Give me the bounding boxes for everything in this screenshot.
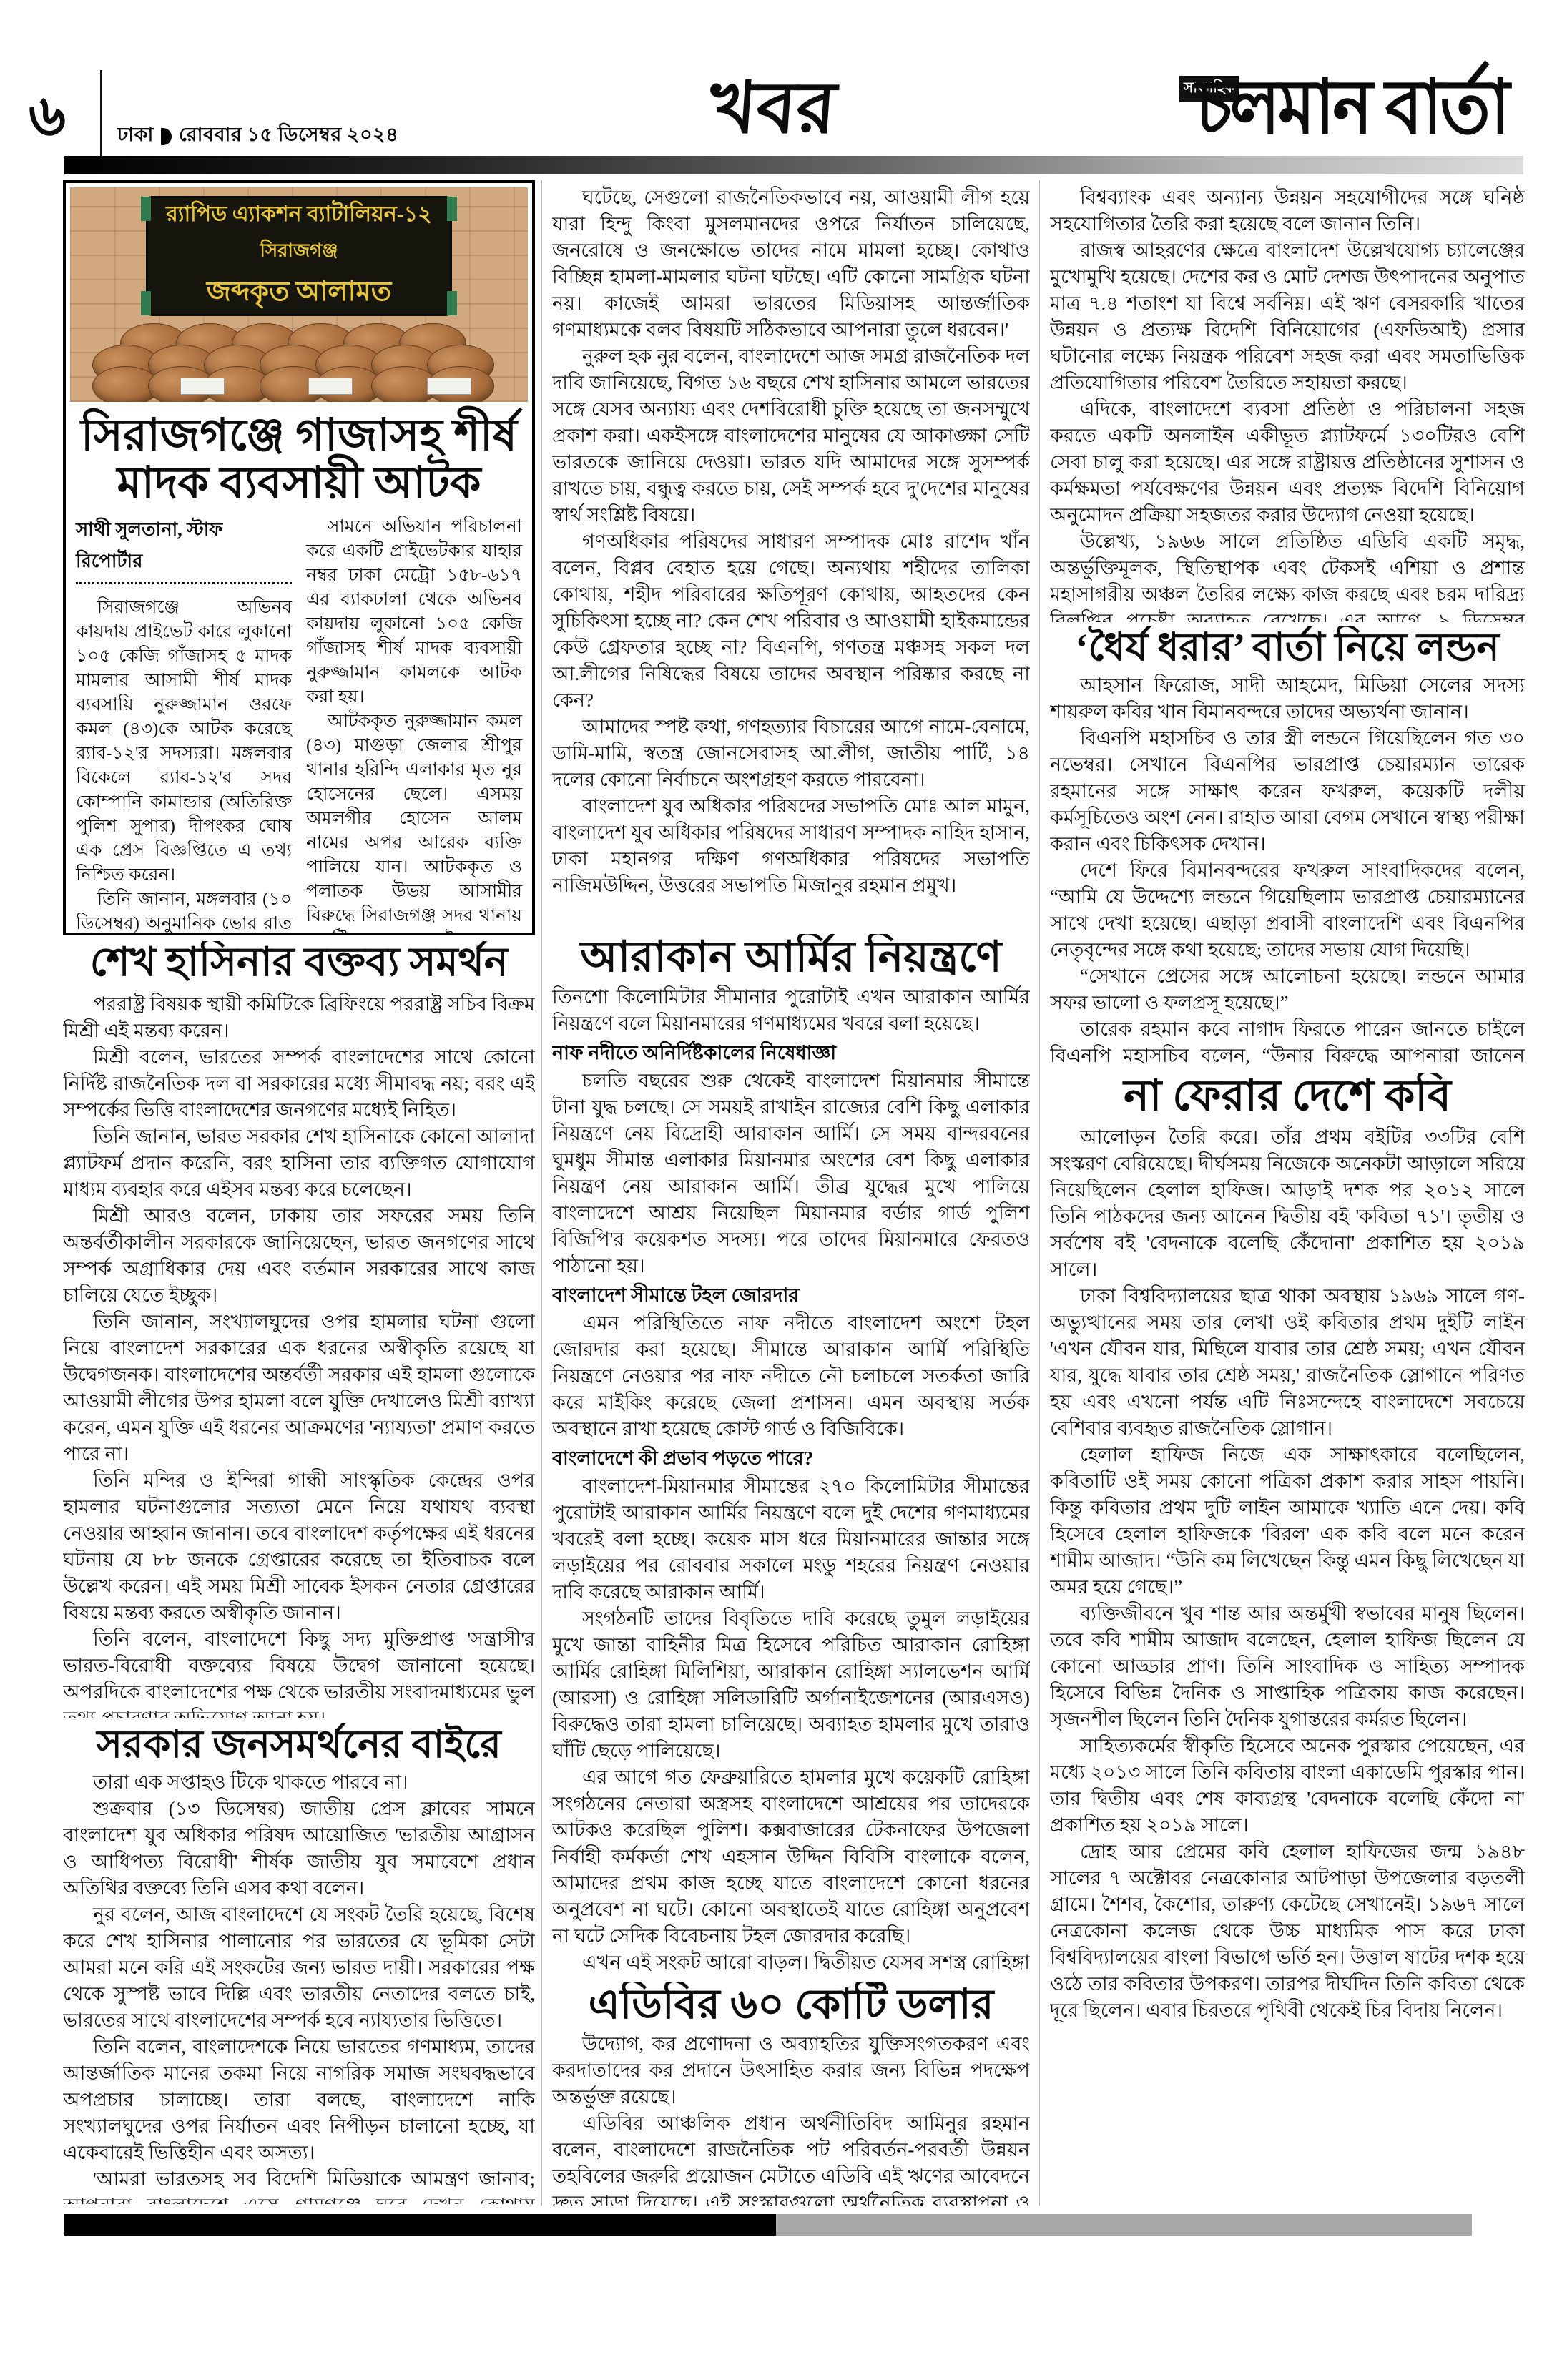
column-rule-left [541, 180, 542, 2206]
page-number: ৬ [29, 72, 66, 167]
newspaper-page: ৬ ঢাকা রোববার ১৫ ডিসেম্বর ২০২৪ খবর সাপ্ত… [0, 0, 1562, 2380]
lead-story-box: র‍্যাপিড এ্যাকশন ব্যাটালিয়ন-১২ সিরাজগঞ্… [63, 180, 535, 935]
section-title: খবর [682, 53, 863, 172]
banner-tape [141, 291, 151, 315]
arakan-subhead-2: বাংলাদেশ সীমান্তে টহল জোরদার [552, 1282, 1030, 1309]
lead-headline-line1: সিরাজগঞ্জে গাজাসহ শীর্ষ [72, 412, 526, 460]
dateline: ঢাকা রোববার ১৫ ডিসেম্বর ২০২৪ [117, 120, 398, 152]
bottom-rule-black [64, 2214, 776, 2236]
banner-tape [447, 197, 457, 221]
byline: সাথী সুলতানা, স্টাফ রিপোর্টার [76, 515, 292, 584]
column-rule-right [1039, 180, 1040, 2206]
arakan-article-body: তিনশো কিলোমিটার সীমানার পুরোটাই এখন আরাক… [552, 984, 1030, 1977]
lead-headline: সিরাজগঞ্জে গাজাসহ শীর্ষ মাদক ব্যবসায়ী আ… [72, 412, 526, 508]
lead-column-1: সাথী সুলতানা, স্টাফ রিপোর্টার সিরাজগঞ্জে… [76, 515, 292, 935]
arakan-paragraphs-3: বাংলাদেশ-মিয়ানমার সীমান্তের ২৭০ কিলোমিট… [552, 1473, 1030, 1977]
banner-line-2: সিরাজগঞ্জ [260, 236, 338, 267]
right-top-article-body: বিশ্বব্যাংক এবং অন্যান্য উন্নয়ন সহযোগীদ… [1050, 185, 1525, 622]
poet-article-body: আলোড়ন তৈরি করে। তাঁর প্রথম বইটির ৩৩টির … [1050, 1124, 1525, 2206]
arakan-paragraphs-1: চলতি বছরের শুরু থেকেই বাংলাদেশ মিয়ানমার… [552, 1068, 1030, 1279]
lead-headline-line2: মাদক ব্যবসায়ী আটক [72, 460, 526, 508]
arakan-subhead-1: নাফ নদীতে অনির্দিষ্টকালের নিষেধাজ্ঞা [552, 1040, 1030, 1066]
adb-article-body: উদ্যোগ, কর প্রণোদনা ও অব্যাহতির যুক্তিসং… [552, 2031, 1030, 2206]
arakan-article-headline: আরাকান আর্মির নিয়ন্ত্রণে [552, 934, 1030, 980]
dateline-separator-icon [161, 128, 172, 145]
rab-evidence-banner: র‍্যাপিড এ্যাকশন ব্যাটালিয়ন-১২ সিরাজগঞ্… [148, 198, 450, 314]
banner-line-1: র‍্যাপিড এ্যাকশন ব্যাটালিয়ন-১২ [166, 197, 431, 233]
dateline-city: ঢাকা [117, 120, 154, 152]
poet-article-headline: না ফেরার দেশে কবি [1050, 1073, 1525, 1118]
masthead-title: চলমান বার্তা [1177, 56, 1527, 160]
lead-body-col2: সামনে অভিযান পরিচালনা করে একটি প্রাইভেটক… [306, 515, 522, 935]
arakan-paragraphs-2: এমন পরিস্থিতিতে নাফ নদীতে বাংলাদেশ অংশে … [552, 1310, 1030, 1442]
london-article-body: আহসান ফিরোজ, সাদী আহমেদ, মিডিয়া সেলের স… [1050, 672, 1525, 1067]
lead-column-2: সামনে অভিযান পরিচালনা করে একটি প্রাইভেটক… [306, 515, 522, 935]
lead-body-col1: সিরাজগঞ্জে অভিনব কায়দায় প্রাইভেট কারে … [76, 596, 292, 935]
hasina-article-body: পররাষ্ট্র বিষয়ক স্থায়ী কমিটিকে ব্রিফিং… [63, 991, 535, 1718]
evidence-label-chip [427, 378, 471, 395]
evidence-label-chip [308, 378, 353, 395]
banner-tape [447, 291, 457, 315]
hasina-article-headline: শেখ হাসিনার বক্তব্য সমর্থন [63, 941, 535, 985]
header-divider [100, 70, 102, 156]
bottom-rule-gray [776, 2214, 1472, 2236]
dateline-date: রোববার ১৫ ডিসেম্বর ২০২৪ [179, 120, 398, 152]
arakan-subhead-3: বাংলাদেশে কী প্রভাব পড়তে পারে? [552, 1445, 1030, 1472]
banner-tape [141, 197, 151, 221]
sarkar-article-body: তারা এক সপ্তাহও টিকে থাকতে পারবে না।শুক্… [63, 1769, 535, 2204]
header-gradient-rule [64, 156, 1523, 174]
adb-article-headline: এডিবির ৬০ কোটি ডলার [552, 1982, 1030, 2025]
masthead: সাপ্তাহিক চলমান বার্তা [1177, 62, 1527, 154]
mid-top-article-body: ঘটেছে, সেগুলো রাজনৈতিকভাবে নয়, আওয়ামী … [552, 185, 1030, 928]
london-article-headline: ‘ধৈর্য ধরার’ বার্তা নিয়ে লন্ডন [1050, 626, 1525, 668]
arakan-lead: তিনশো কিলোমিটার সীমানার পুরোটাই এখন আরাক… [552, 984, 1030, 1037]
evidence-label-chip [180, 378, 225, 395]
banner-line-3: জব্দকৃত আলামত [207, 270, 392, 316]
sarkar-article-headline: সরকার জনসমর্থনের বাইরে [63, 1723, 535, 1765]
seized-drugs-photo: র‍্যাপিড এ্যাকশন ব্যাটালিয়ন-১২ সিরাজগঞ্… [70, 187, 528, 402]
